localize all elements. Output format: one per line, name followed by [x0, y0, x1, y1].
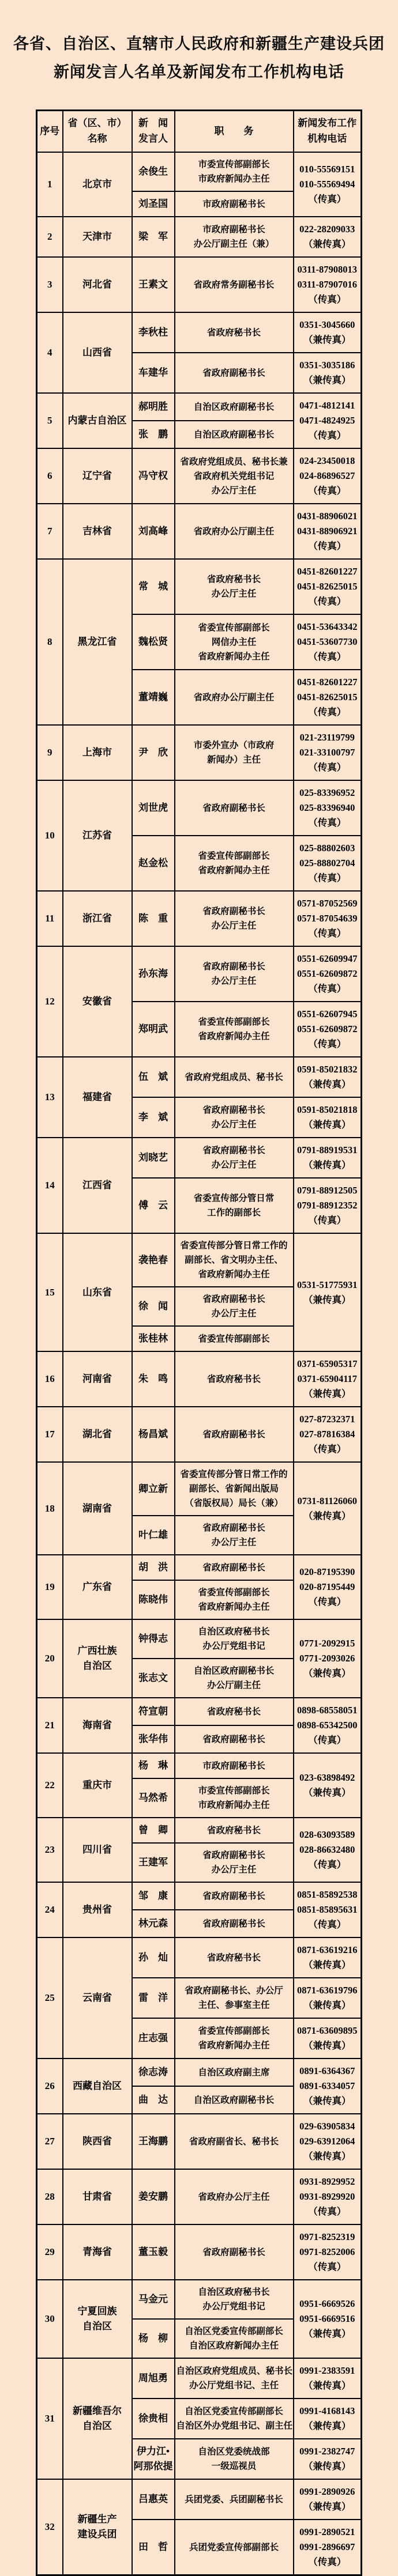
cell-index: 23 [37, 1818, 63, 1882]
table-row: 15山东省袭艳春省委宣传部分管日常工作的副部长、省文明办主任、省政府新闻办主任0… [37, 1233, 362, 1287]
text-line: 吉林省 [65, 524, 130, 539]
text-line: 省委宣传部副部长 [177, 1585, 292, 1600]
cell-spokesperson-name: 陈 重 [132, 891, 175, 946]
text-line: 0991-2890926 [295, 2484, 360, 2499]
table-head: 序号省（区、市）名称新 闻发言人职 务新闻发布工作机构电话 [37, 111, 362, 153]
text-line: 自治区政府新闻办主任 [177, 2339, 292, 2353]
text-line: （传真） [295, 2260, 360, 2275]
text-line: 省政府秘书长 [177, 1823, 292, 1838]
cell-position: 省政府副秘书长 [175, 780, 294, 836]
text-line: （兼传真） [295, 1958, 360, 1973]
cell-spokesperson-name: 周旭勇 [132, 2358, 175, 2399]
text-line: 0551-62609872 [295, 1022, 360, 1037]
text-line: 021-33100797 [295, 745, 360, 760]
cell-position: 省委宣传部副部长 [175, 1326, 294, 1351]
text-line: 自治区 [65, 1659, 130, 1674]
text-line: 办公厅副主任（兼） [177, 237, 292, 251]
text-line: 0551-62609947 [295, 951, 360, 966]
cell-index: 27 [37, 2114, 63, 2169]
text-line: 杨 琳 [134, 1758, 173, 1773]
text-line: 曾 卿 [134, 1823, 173, 1838]
text-line: 广东省 [65, 1580, 130, 1595]
cell-spokesperson-name: 朱 鸣 [132, 1351, 175, 1407]
text-line: 市委宣传部副部长 [177, 157, 292, 172]
text-line: 省政府秘书长 [177, 572, 292, 587]
text-line: 自治区政府党组成员、秘书长 [177, 2364, 292, 2378]
text-line: 省政府副秘书长 [177, 960, 292, 974]
cell-region: 河北省 [63, 257, 132, 312]
cell-region: 上海市 [63, 725, 132, 780]
text-line: 自治区政府副秘书长 [177, 428, 292, 442]
cell-phone: 0551-626099470551-62609872（传真） [294, 946, 362, 1002]
header-cell-position: 职 务 [175, 111, 294, 153]
text-line: （兼传真） [295, 2499, 360, 2514]
text-line: （兼传真） [295, 373, 360, 388]
cell-region: 四川省 [63, 1818, 132, 1882]
cell-phone: 023-63898492（兼传真） [294, 1753, 362, 1818]
cell-phone: 0991-2890926（兼传真） [294, 2479, 362, 2520]
table-row: 9上海市尹 欣市委外宣办（市政府新闻办）主任021-23119799021-33… [37, 725, 362, 780]
cell-position: 省政府副秘书长办公厅主任 [175, 1287, 294, 1326]
cell-index: 25 [37, 1937, 63, 2058]
text-line: 市委外宣办（市政府 [177, 738, 292, 753]
table-row: 24贵州省邹 康省政府副秘书长0851-858925380851-8589563… [37, 1882, 362, 1910]
table-row: 19广东省胡 洪省政府副秘书长020-87195390020-87195449（… [37, 1555, 362, 1580]
text-line: 四川省 [65, 1842, 130, 1857]
text-line: 0731-81126060 [295, 1494, 360, 1509]
text-line: 张华伟 [134, 1732, 173, 1747]
cell-position: 自治区政府副秘书长办公厅副主任 [175, 1659, 294, 1698]
text-line: 0471-4812141 [295, 398, 360, 413]
cell-position: 省政府副秘书长 [175, 1407, 294, 1462]
cell-region: 福建省 [63, 1057, 132, 1138]
cell-spokesperson-name: 庄志强 [132, 2018, 175, 2058]
cell-region: 甘肃省 [63, 2169, 132, 2224]
document-title-line2: 新闻发言人名单及新闻发布工作机构电话 [0, 58, 398, 86]
text-line: 江苏省 [65, 828, 130, 843]
text-line: （兼传真） [295, 237, 360, 252]
text-line: 省政府副秘书长 [177, 1561, 292, 1575]
text-line: 省政府新闻办主任 [177, 863, 292, 878]
text-line: 省政府新闻办主任 [177, 1600, 292, 1614]
text-line: 029-63912064 [295, 2134, 360, 2149]
cell-index: 14 [37, 1138, 63, 1233]
cell-position: 省政府副秘书长办公厅主任 [175, 1516, 294, 1555]
header-cell-spokesperson: 新 闻发言人 [132, 111, 175, 153]
cell-position: 市委外宣办（市政府新闻办）主任 [175, 725, 294, 780]
cell-spokesperson-name: 伍 斌 [132, 1057, 175, 1097]
text-line: 办公厅党组书记、主任 [177, 2378, 292, 2393]
cell-position: 省委宣传部副部长省政府新闻办主任 [175, 1002, 294, 1057]
cell-spokesperson-name: 尹 欣 [132, 725, 175, 780]
cell-position: 省政府副秘书长 [175, 353, 294, 393]
text-line: （传真） [295, 1917, 360, 1932]
table-row: 4山西省李秋柱省政府秘书长0351-3045660（兼传真） [37, 312, 362, 353]
cell-position: 省委宣传部副部长省政府新闻办主任 [175, 836, 294, 891]
text-line: （兼传真） [295, 1509, 360, 1524]
cell-region: 山西省 [63, 312, 132, 393]
text-line: 自治区政府秘书长 [177, 1625, 292, 1639]
cell-spokesperson-name: 孙东海 [132, 946, 175, 1002]
cell-region: 黑龙江省 [63, 559, 132, 725]
text-line: 0471-4824925 [295, 413, 360, 428]
text-line: 0451-53607730 [295, 634, 360, 649]
cell-phone: 0311-879080130311-87907016（传真） [294, 257, 362, 312]
cell-index: 15 [37, 1233, 63, 1351]
cell-phone: 0991-28905210991-2896697（传真） [294, 2520, 362, 2575]
cell-spokesperson-name: 张 鹏 [132, 421, 175, 448]
cell-position: 省政府副秘书长 [175, 1882, 294, 1910]
text-line: 新 闻 [134, 116, 173, 131]
cell-region: 新疆生产建设兵团 [63, 2479, 132, 2575]
cell-position: 省政府秘书长 [175, 1937, 294, 1978]
spokesperson-table: 序号省（区、市）名称新 闻发言人职 务新闻发布工作机构电话1北京市余俊生市委宣传… [36, 109, 362, 2576]
cell-index: 31 [37, 2358, 63, 2479]
text-line: 0991-2890521 [295, 2525, 360, 2540]
text-line: 办公厅主任 [177, 1535, 292, 1550]
text-line: （传真） [295, 292, 360, 307]
cell-region: 吉林省 [63, 504, 132, 559]
text-line: 张志文 [134, 1671, 173, 1686]
cell-region: 湖南省 [63, 1462, 132, 1555]
text-line: 1 [39, 177, 61, 191]
text-line: （兼传真） [295, 333, 360, 348]
text-line: 兵团党委、兵团副秘书长 [177, 2492, 292, 2507]
cell-phone: 010-55569151010-55569494（传真） [294, 152, 362, 217]
text-line: 010-55569151 [295, 162, 360, 177]
text-line: 自治区政府副主席 [177, 2065, 292, 2080]
cell-spokesperson-name: 董靖巍 [132, 670, 175, 725]
text-line: 福建省 [65, 1090, 130, 1105]
text-line: 省委宣传部分管日常工作的 [177, 1467, 292, 1482]
text-line: 甘肃省 [65, 2189, 130, 2204]
cell-spokesperson-name: 余俊生 [132, 152, 175, 191]
text-line: 张 鹏 [134, 427, 173, 442]
text-line: 上海市 [65, 745, 130, 760]
text-line: 0771-2092915 [295, 1636, 360, 1651]
cell-spokesperson-name: 胡 洪 [132, 1555, 175, 1580]
text-line: 省政府副秘书长 [177, 1917, 292, 1931]
text-line: 省政府秘书长 [177, 1705, 292, 1719]
cell-spokesperson-name: 王素文 [132, 257, 175, 312]
cell-index: 3 [37, 257, 63, 312]
text-line: 天津市 [65, 229, 130, 244]
text-line: 常 城 [134, 579, 173, 594]
text-line: 胡 洪 [134, 1560, 173, 1575]
text-line: 刘高峰 [134, 524, 173, 539]
text-line: 陈 重 [134, 911, 173, 926]
text-line: （传真） [295, 484, 360, 498]
text-line: 宁夏回族 [65, 2304, 130, 2319]
header-cell-index: 序号 [37, 111, 63, 153]
cell-position: 省委宣传部分管日常工作的副部长、省新闻出版局（省版权局）局长（兼） [175, 1462, 294, 1516]
text-line: 自治区党委宣传部副部长 [177, 2324, 292, 2339]
text-line: 0311-87908013 [295, 262, 360, 277]
text-line: 杨昌斌 [134, 1427, 173, 1442]
cell-spokesperson-name: 马然希 [132, 1778, 175, 1818]
text-line: （传真） [295, 1442, 360, 1457]
cell-position: 省政府副秘书长 [175, 1910, 294, 1937]
text-line: 0371-65905317 [295, 1357, 360, 1372]
cell-index: 28 [37, 2169, 63, 2224]
text-line: 办公厅主任 [177, 1306, 292, 1321]
cell-position: 省委宣传部分管日常工作的副部长、省文明办主任、省政府新闻办主任 [175, 1233, 294, 1287]
text-line: 省委宣传部分管日常工作的 [177, 1238, 292, 1253]
text-line: 025-83396940 [295, 800, 360, 815]
text-line: 0451-82601227 [295, 675, 360, 690]
text-line: 市政府新闻办主任 [177, 1798, 292, 1812]
cell-index: 4 [37, 312, 63, 393]
text-line: 省政府副秘书长 [177, 1521, 292, 1535]
text-line: 022-28209033 [295, 222, 360, 237]
cell-position: 市政府副秘书长办公厅副主任（兼） [175, 217, 294, 257]
cell-region: 江苏省 [63, 780, 132, 891]
text-line: 0991-2383591 [295, 2363, 360, 2378]
cell-spokesperson-name: 姜安鹏 [132, 2169, 175, 2224]
text-line: 内蒙古自治区 [65, 413, 130, 428]
text-line: 19 [39, 1580, 61, 1594]
text-line: 省政府副秘书长 [177, 1143, 292, 1158]
text-line: 省委宣传部副部长 [177, 2024, 292, 2038]
text-line: 23 [39, 1843, 61, 1857]
text-line: 董玉毅 [134, 2245, 173, 2260]
text-line: 办公厅主任 [177, 587, 292, 601]
text-line: 省政府副秘书长 [177, 1103, 292, 1117]
cell-position: 省政府秘书长 [175, 1351, 294, 1407]
cell-position: 省政府副秘书长 [175, 1555, 294, 1580]
text-line: （传真） [295, 192, 360, 207]
cell-index: 32 [37, 2479, 63, 2575]
cell-spokesperson-name: 刘晓艺 [132, 1138, 175, 1178]
text-line: 自治区党委宣传部副部长 [177, 2404, 292, 2419]
text-line: 赵金松 [134, 856, 173, 871]
text-line: 0551-62609872 [295, 966, 360, 981]
cell-region: 云南省 [63, 1937, 132, 2058]
cell-phone: 0991-2382747（兼传真） [294, 2439, 362, 2479]
text-line: 省委宣传部副部长 [177, 621, 292, 635]
document-title-line1: 各省、自治区、直辖市人民政府和新疆生产建设兵团 [0, 30, 398, 58]
text-line: 0871-63609895 [295, 2023, 360, 2038]
text-line: 021-23119799 [295, 730, 360, 745]
cell-position: 省政府办公厅副主任 [175, 504, 294, 559]
cell-region: 内蒙古自治区 [63, 393, 132, 448]
cell-region: 河南省 [63, 1351, 132, 1407]
text-line: 0871-63619796 [295, 1983, 360, 1998]
text-line: 张桂林 [134, 1331, 173, 1346]
text-line: 马金元 [134, 2292, 173, 2307]
table-row: 18湖南省卿立新省委宣传部分管日常工作的副部长、省新闻出版局（省版权局）局长（兼… [37, 1462, 362, 1516]
cell-region: 贵州省 [63, 1882, 132, 1937]
cell-spokesperson-name: 陈晓伟 [132, 1580, 175, 1619]
text-line: 伍 斌 [134, 1070, 173, 1085]
cell-phone: 0451-826012270451-82625015（传真） [294, 559, 362, 614]
cell-index: 1 [37, 152, 63, 217]
text-line: 曲 达 [134, 2092, 173, 2107]
cell-index: 18 [37, 1462, 63, 1555]
text-line: 0951-6669516 [295, 2311, 360, 2326]
text-line: 李秋柱 [134, 325, 173, 340]
cell-position: 省委宣传部副部长省政府新闻办主任 [175, 1580, 294, 1619]
text-line: 徐 闻 [134, 1299, 173, 1314]
text-line: （兼传真） [295, 1117, 360, 1132]
cell-phone: 0951-66695260951-6669516（兼传真） [294, 2280, 362, 2358]
cell-phone: 0531-51775931（兼传真） [294, 1233, 362, 1351]
text-line: 庄志强 [134, 2031, 173, 2046]
text-line: 兵团党委宣传部副部长 [177, 2540, 292, 2555]
text-line: 刘圣国 [134, 197, 173, 211]
table-row: 30宁夏回族自治区马金元自治区政府秘书长办公厅党组书记0951-66695260… [37, 2280, 362, 2319]
cell-phone: 0371-659053170371-65904117（兼传真） [294, 1351, 362, 1407]
cell-spokesperson-name: 王建军 [132, 1843, 175, 1882]
cell-region: 青海省 [63, 2224, 132, 2280]
text-line: 叶仁雄 [134, 1528, 173, 1543]
text-line: 0991-2382747 [295, 2444, 360, 2459]
cell-phone: 0898-685580510898-65342500（传真） [294, 1698, 362, 1753]
text-line: 023-63898492 [295, 1770, 360, 1785]
cell-position: 省政府党组成员、秘书长兼省政府机关党组书记办公厅主任 [175, 448, 294, 504]
text-line: 省政府办公厅副主任 [177, 690, 292, 705]
text-line: （传真） [295, 539, 360, 554]
text-line: （传真） [295, 871, 360, 886]
cell-position: 省委宣传部副部长网信办主任省政府新闻办主任 [175, 614, 294, 670]
text-line: 5 [39, 414, 61, 428]
text-line: 0931-8929952 [295, 2174, 360, 2189]
text-line: 省委宣传部副部长 [177, 1332, 292, 1346]
text-line: 省政府副秘书长、办公厅 [177, 1984, 292, 1998]
table-row: 31新疆维吾尔自治区周旭勇自治区政府党组成员、秘书长办公厅党组书记、主任0991… [37, 2358, 362, 2399]
text-line: 025-83396952 [295, 785, 360, 800]
text-line: 020-87195449 [295, 1580, 360, 1595]
text-line: 0771-2093026 [295, 1651, 360, 1666]
text-line: 省政府副省长、秘书长 [177, 2135, 292, 2149]
text-line: 山西省 [65, 345, 130, 360]
text-line: 0311-87907016 [295, 277, 360, 292]
cell-position: 自治区政府秘书长办公厅党组书记 [175, 1619, 294, 1659]
cell-spokesperson-name: 张桂林 [132, 1326, 175, 1351]
cell-position: 省委宣传部分管日常工作的副部长 [175, 1178, 294, 1233]
text-line: （传真） [295, 705, 360, 720]
cell-index: 10 [37, 780, 63, 891]
text-line: 主任、参事室主任 [177, 1998, 292, 2012]
cell-phone: 0451-826012270451-82625015（传真） [294, 670, 362, 725]
text-line: 0891-6364367 [295, 2064, 360, 2079]
text-line: 王海鹏 [134, 2134, 173, 2149]
cell-spokesperson-name: 吕惠英 [132, 2479, 175, 2520]
text-line: 北京市 [65, 177, 130, 192]
text-line: 自治区外办党组书记、副主任 [177, 2419, 292, 2433]
text-line: 32 [39, 2520, 61, 2534]
text-line: 自治区党委统战部 [177, 2445, 292, 2459]
table-row: 3河北省王素文省政府常务副秘书长0311-879080130311-879070… [37, 257, 362, 312]
text-line: 广西壮族 [65, 1644, 130, 1659]
text-line: 0531-51775931 [295, 1278, 360, 1293]
cell-spokesperson-name: 张华伟 [132, 1725, 175, 1753]
text-line: 省政府副秘书长 [177, 1732, 292, 1747]
text-line: 傅 云 [134, 1198, 173, 1213]
cell-spokesperson-name: 曲 达 [132, 2086, 175, 2114]
text-line: 林元森 [134, 1916, 173, 1931]
text-line: 省政府新闻办主任 [177, 649, 292, 664]
table-row: 11浙江省陈 重省政府副秘书长办公厅主任0571-870525690571-87… [37, 891, 362, 946]
cell-spokesperson-name: 车建华 [132, 353, 175, 393]
cell-index: 13 [37, 1057, 63, 1138]
text-line: 0791-88919531 [295, 1143, 360, 1158]
text-line: （传真） [295, 815, 360, 830]
text-line: 0991-2896697 [295, 2540, 360, 2555]
text-line: 自治区 [65, 2419, 130, 2434]
cell-spokesperson-name: 邹 康 [132, 1882, 175, 1910]
text-line: 伊力江• [134, 2444, 173, 2459]
cell-index: 29 [37, 2224, 63, 2280]
text-line: 杨 柳 [134, 2331, 173, 2346]
text-line: 12 [39, 995, 61, 1009]
table-row: 12安徽省孙东海省政府副秘书长办公厅主任0551-626099470551-62… [37, 946, 362, 1002]
cell-phone: 0451-536433420451-53607730（传真） [294, 614, 362, 670]
text-line: 河北省 [65, 277, 130, 292]
text-line: 省政府秘书长 [177, 326, 292, 340]
cell-position: 自治区政府秘书长办公厅党组书记 [175, 2280, 294, 2319]
text-line: 湖北省 [65, 1427, 130, 1442]
text-line: 8 [39, 635, 61, 649]
cell-spokesperson-name: 郑明武 [132, 1002, 175, 1057]
text-line: 010-55569494 [295, 177, 360, 192]
cell-region: 天津市 [63, 217, 132, 257]
text-line: 王素文 [134, 277, 173, 292]
text-line: 11 [39, 912, 61, 926]
cell-region: 辽宁省 [63, 448, 132, 504]
text-line: （兼传真） [295, 2419, 360, 2434]
text-line: 26 [39, 2079, 61, 2093]
cell-phone: 0351-3045660（兼传真） [294, 312, 362, 353]
text-line: 副部长、省新闻出版局 [177, 1482, 292, 1496]
text-line: 黑龙江省 [65, 634, 130, 649]
text-line: 梁 军 [134, 229, 173, 244]
cell-region: 江西省 [63, 1138, 132, 1233]
cell-position: 自治区政府副秘书长 [175, 421, 294, 448]
cell-region: 陕西省 [63, 2114, 132, 2169]
text-line: 办公厅主任 [177, 919, 292, 933]
text-line: 孙东海 [134, 966, 173, 981]
cell-position: 省政府办公厅主任 [175, 2169, 294, 2224]
text-line: 省政府常务副秘书长 [177, 278, 292, 292]
cell-region: 湖北省 [63, 1407, 132, 1462]
text-line: （兼传真） [295, 1666, 360, 1681]
cell-phone: 0791-88919531（兼传真） [294, 1138, 362, 1178]
text-line: 辽宁省 [65, 469, 130, 484]
cell-index: 12 [37, 946, 63, 1057]
text-line: 自治区政府副秘书长 [177, 2093, 292, 2107]
text-line: 0971-8252006 [295, 2245, 360, 2260]
text-line: 省委宣传部副部长 [177, 1015, 292, 1029]
text-line: 2 [39, 230, 61, 244]
cell-phone: 0591-85021832（兼传真） [294, 1057, 362, 1097]
text-line: 0851-85892538 [295, 1887, 360, 1902]
cell-region: 广西壮族自治区 [63, 1619, 132, 1698]
cell-phone: 029-63905834029-63912064（兼传真） [294, 2114, 362, 2169]
cell-position: 省政府副秘书长办公厅主任 [175, 891, 294, 946]
text-line: 办公厅党组书记 [177, 1639, 292, 1653]
text-line: 24 [39, 1903, 61, 1917]
text-line: 徐志涛 [134, 2065, 173, 2080]
cell-spokesperson-name: 马金元 [132, 2280, 175, 2319]
table-row: 25云南省孙 灿省政府秘书长0871-63619216（兼传真） [37, 1937, 362, 1978]
text-line: 省政府秘书长 [177, 1951, 292, 1965]
text-line: 省政府秘书长 [177, 1372, 292, 1387]
cell-index: 9 [37, 725, 63, 780]
header-row: 序号省（区、市）名称新 闻发言人职 务新闻发布工作机构电话 [37, 111, 362, 153]
text-line: 0591-85021818 [295, 1102, 360, 1117]
text-line: 0571-87052569 [295, 896, 360, 911]
